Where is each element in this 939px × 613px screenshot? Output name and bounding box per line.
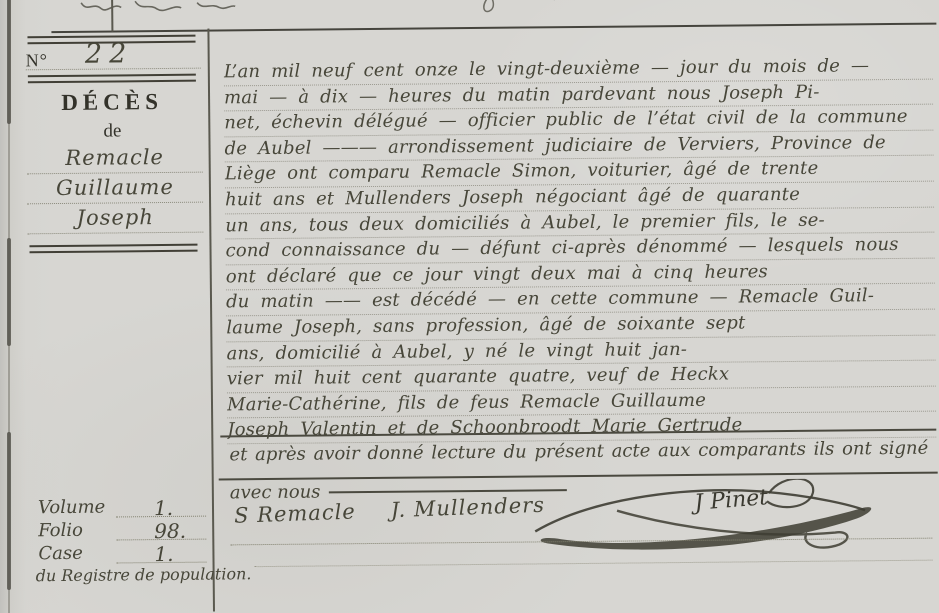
act-type-connector: de [22, 120, 202, 144]
act-number: 22 [85, 38, 134, 69]
act-top-rule [51, 23, 936, 33]
registry-dotted-line: 1. [116, 493, 206, 518]
officer-signature-flourish: J Pinet [517, 478, 898, 566]
officer-signature-text: J Pinet [690, 485, 770, 516]
deceased-name-line: Remacle [27, 143, 203, 175]
registry-row-label: Folio [38, 519, 116, 541]
registry-row-label: Volume [38, 496, 116, 518]
deceased-name-line: Guillaume [27, 173, 203, 205]
registry-row: Volume 1. [38, 494, 206, 519]
registry-reference: Volume 1. Folio 98. Case [38, 494, 207, 565]
scanned-register-page: N° 22 DÉCÈS de Remacle Guillaume Joseph [0, 0, 939, 613]
double-rule [29, 244, 197, 254]
deceased-name-line: Joseph [27, 203, 203, 235]
cutoff-handwriting-fragment [77, 0, 237, 16]
registry-dotted-line: 1. [116, 539, 206, 564]
registry-row: Case 1. [38, 540, 206, 565]
registry-row-label: Case [38, 542, 116, 564]
act-type-title: DÉCÈS [22, 89, 202, 117]
registry-row-value: 1. [154, 542, 173, 566]
act-number-label: N° [26, 50, 48, 70]
registry-row: Folio 98. [38, 517, 206, 542]
act-body: L’an mil neuf cent onze le vingt-deuxièm… [224, 54, 937, 445]
cutoff-flourish-fragment [467, 0, 577, 16]
act-number-row: N° 22 [26, 41, 201, 71]
signature-remacle: S Remacle [234, 499, 356, 527]
registry-note: du Registre de population. [36, 564, 252, 585]
act-sheet: N° 22 DÉCÈS de Remacle Guillaume Joseph [0, 0, 939, 613]
previous-act-column-divider [111, 0, 113, 31]
double-rule [28, 74, 196, 84]
closing-avec-nous-text: avec nous [230, 482, 321, 504]
deceased-name-block: Remacle Guillaume Joseph [27, 143, 204, 235]
margin-column-divider [207, 29, 215, 612]
registry-dotted-line: 98. [116, 516, 206, 541]
